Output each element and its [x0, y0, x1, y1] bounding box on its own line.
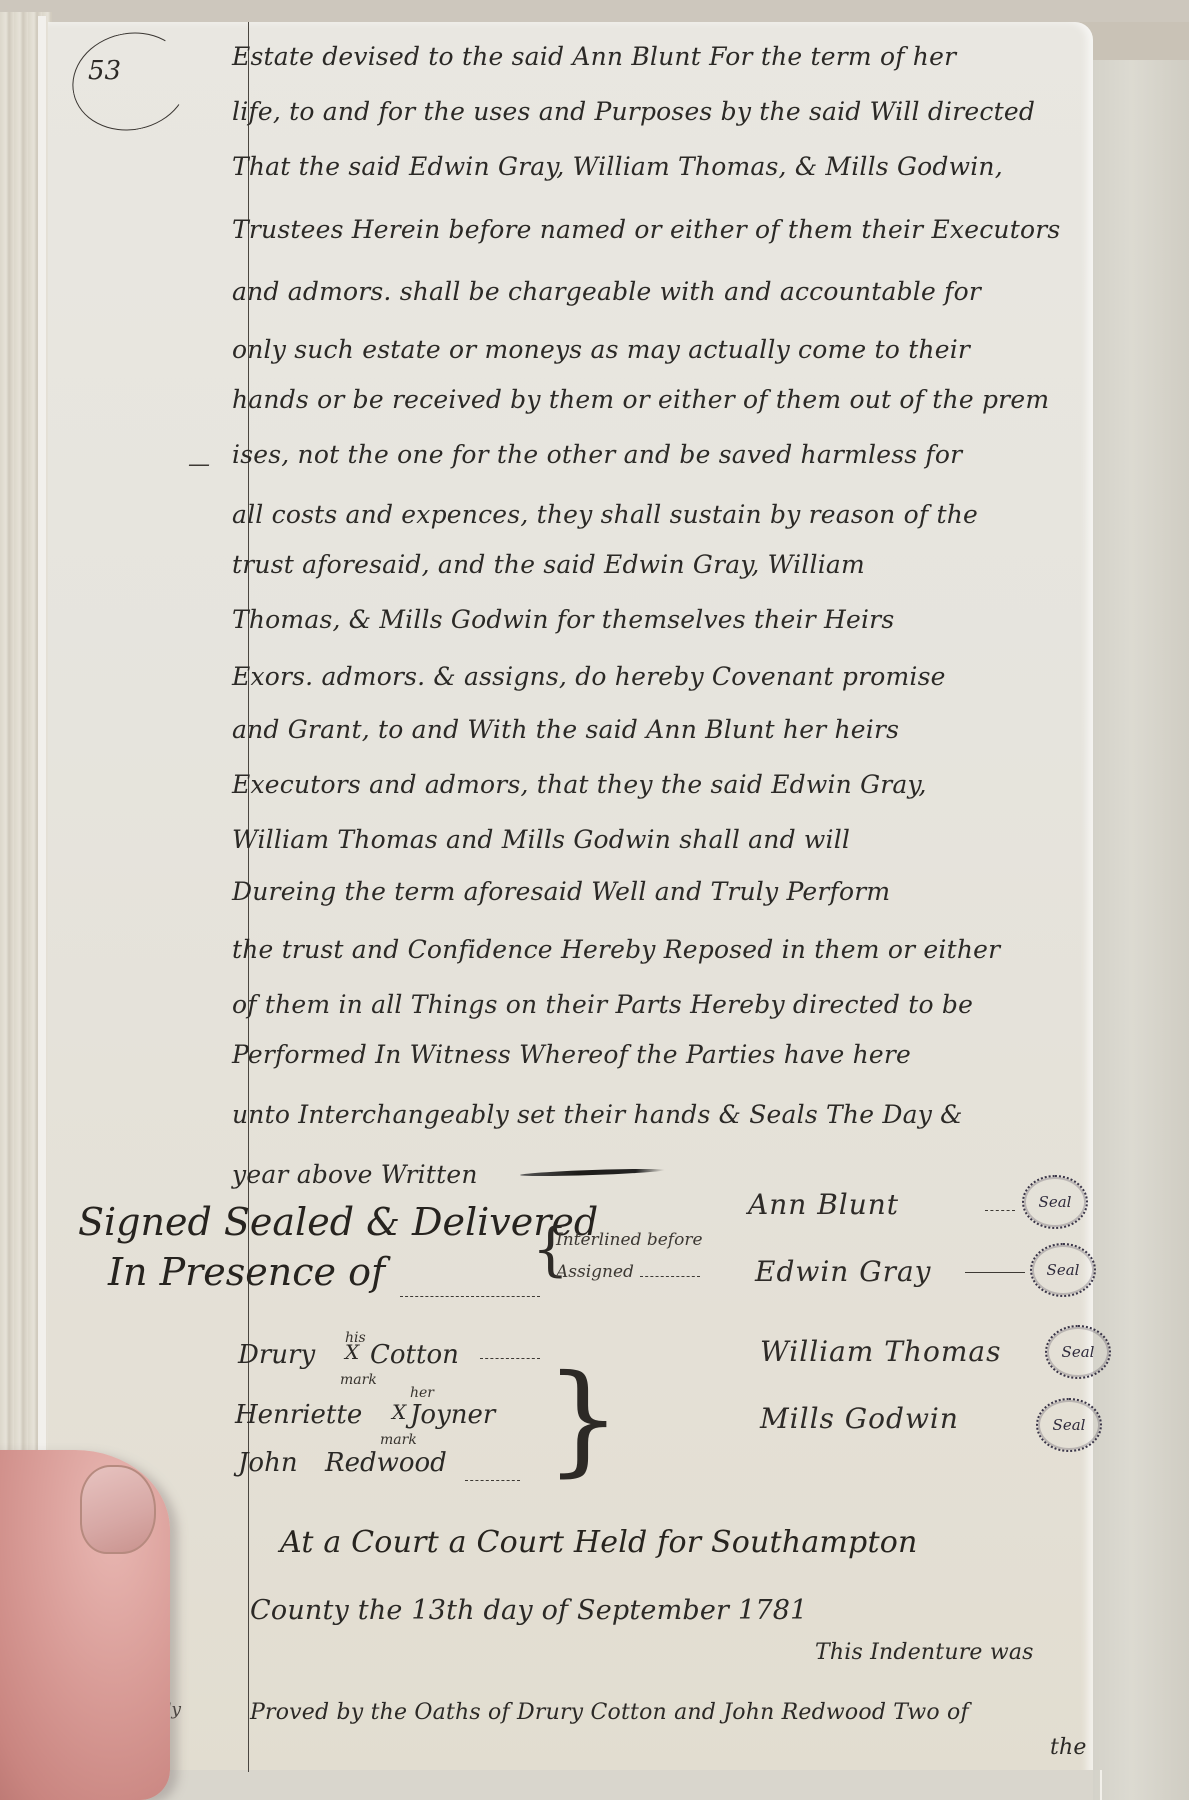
dotted-leader	[480, 1358, 540, 1359]
court-record-line-1: At a Court a Court Held for Southampton	[280, 1525, 1140, 1560]
page-bottom-edge	[48, 1770, 1093, 1800]
body-line: of them in all Things on their Parts Her…	[232, 990, 1092, 1019]
witness-john-first: John	[238, 1448, 298, 1478]
body-line: all costs and expences, they shall susta…	[232, 500, 1092, 529]
court-record-line-2: County the 13th day of September 1781	[250, 1595, 1110, 1626]
body-line: the trust and Confidence Hereby Reposed …	[232, 935, 1092, 964]
backdrop-top	[0, 0, 1189, 22]
body-line: Dureing the term aforesaid Well and Trul…	[232, 877, 1092, 906]
signatory-ann-blunt: Ann Blunt	[748, 1188, 899, 1221]
margin-dash: —	[188, 452, 210, 477]
signatory-edwin-gray: Edwin Gray	[755, 1255, 931, 1288]
body-line: That the said Edwin Gray, William Thomas…	[232, 152, 1092, 181]
body-line: trust aforesaid, and the said Edwin Gray…	[232, 550, 1092, 579]
signatory-william-thomas: William Thomas	[760, 1335, 1001, 1368]
witness-mark-label: mark	[380, 1432, 417, 1448]
body-line: ises, not the one for the other and be s…	[232, 440, 1092, 469]
body-line: only such estate or moneys as may actual…	[232, 335, 1092, 364]
assigned-note: Assigned	[556, 1262, 634, 1282]
body-line: and Grant, to and With the said Ann Blun…	[232, 715, 1092, 744]
signed-line-1: Signed Sealed & Delivered	[78, 1200, 598, 1244]
loose-thread	[1100, 1770, 1102, 1800]
court-record-line-3: This Indenture was	[815, 1640, 1095, 1665]
body-line: Thomas, & Mills Godwin for themselves th…	[232, 605, 1092, 634]
body-line: and admors. shall be chargeable with and…	[232, 277, 1092, 306]
body-line: Executors and admors, that they the said…	[232, 770, 1092, 799]
brace-witnesses: }	[545, 1350, 621, 1489]
seal-icon: Seal	[1036, 1398, 1102, 1452]
witness-mark-x: X	[392, 1400, 406, 1424]
dotted-leader	[985, 1210, 1015, 1211]
witness-henriette-first: Henriette	[235, 1400, 362, 1430]
witness-mark-x: X	[345, 1340, 359, 1364]
dotted-leader	[640, 1276, 700, 1277]
seal-icon: Seal	[1030, 1243, 1096, 1297]
body-line: Trustees Herein before named or either o…	[232, 215, 1092, 244]
body-line: William Thomas and Mills Godwin shall an…	[232, 825, 1092, 854]
in-presence-of: In Presence of	[108, 1250, 385, 1294]
folio-number: 53	[88, 56, 121, 86]
seal-icon: Seal	[1022, 1175, 1088, 1229]
body-line: unto Interchangeably set their hands & S…	[232, 1100, 1092, 1129]
thumbnail	[80, 1465, 156, 1554]
witness-drury-first: Drury	[238, 1340, 315, 1370]
witness-cotton-last: Cotton	[370, 1340, 459, 1370]
witness-her: her	[410, 1385, 434, 1401]
signatory-mills-godwin: Mills Godwin	[760, 1402, 959, 1435]
body-line: hands or be received by them or either o…	[232, 385, 1092, 414]
body-line: Exors. admors. & assigns, do hereby Cove…	[232, 662, 1092, 691]
dotted-leader	[465, 1480, 520, 1481]
court-record-line-5: the	[1050, 1735, 1110, 1760]
witness-redwood-last: Redwood	[325, 1448, 447, 1478]
signature-leader	[965, 1272, 1025, 1273]
body-line: Estate devised to the said Ann Blunt For…	[232, 42, 1092, 71]
body-line: life, to and for the uses and Purposes b…	[232, 97, 1092, 126]
signed-sealed-delivered: Signed Sealed & Delivered	[78, 1200, 598, 1244]
body-line: Performed In Witness Whereof the Parties…	[232, 1040, 1092, 1069]
witness-joyner-last: Joyner	[410, 1400, 495, 1430]
body-line: year above Written	[232, 1160, 532, 1189]
dotted-leader	[400, 1296, 540, 1297]
court-record-line-4: Proved by the Oaths of Drury Cotton and …	[250, 1700, 1110, 1725]
interlined-note: Interlined before	[556, 1230, 703, 1250]
seal-icon: Seal	[1045, 1325, 1111, 1379]
witness-mark-label: mark	[340, 1372, 377, 1388]
